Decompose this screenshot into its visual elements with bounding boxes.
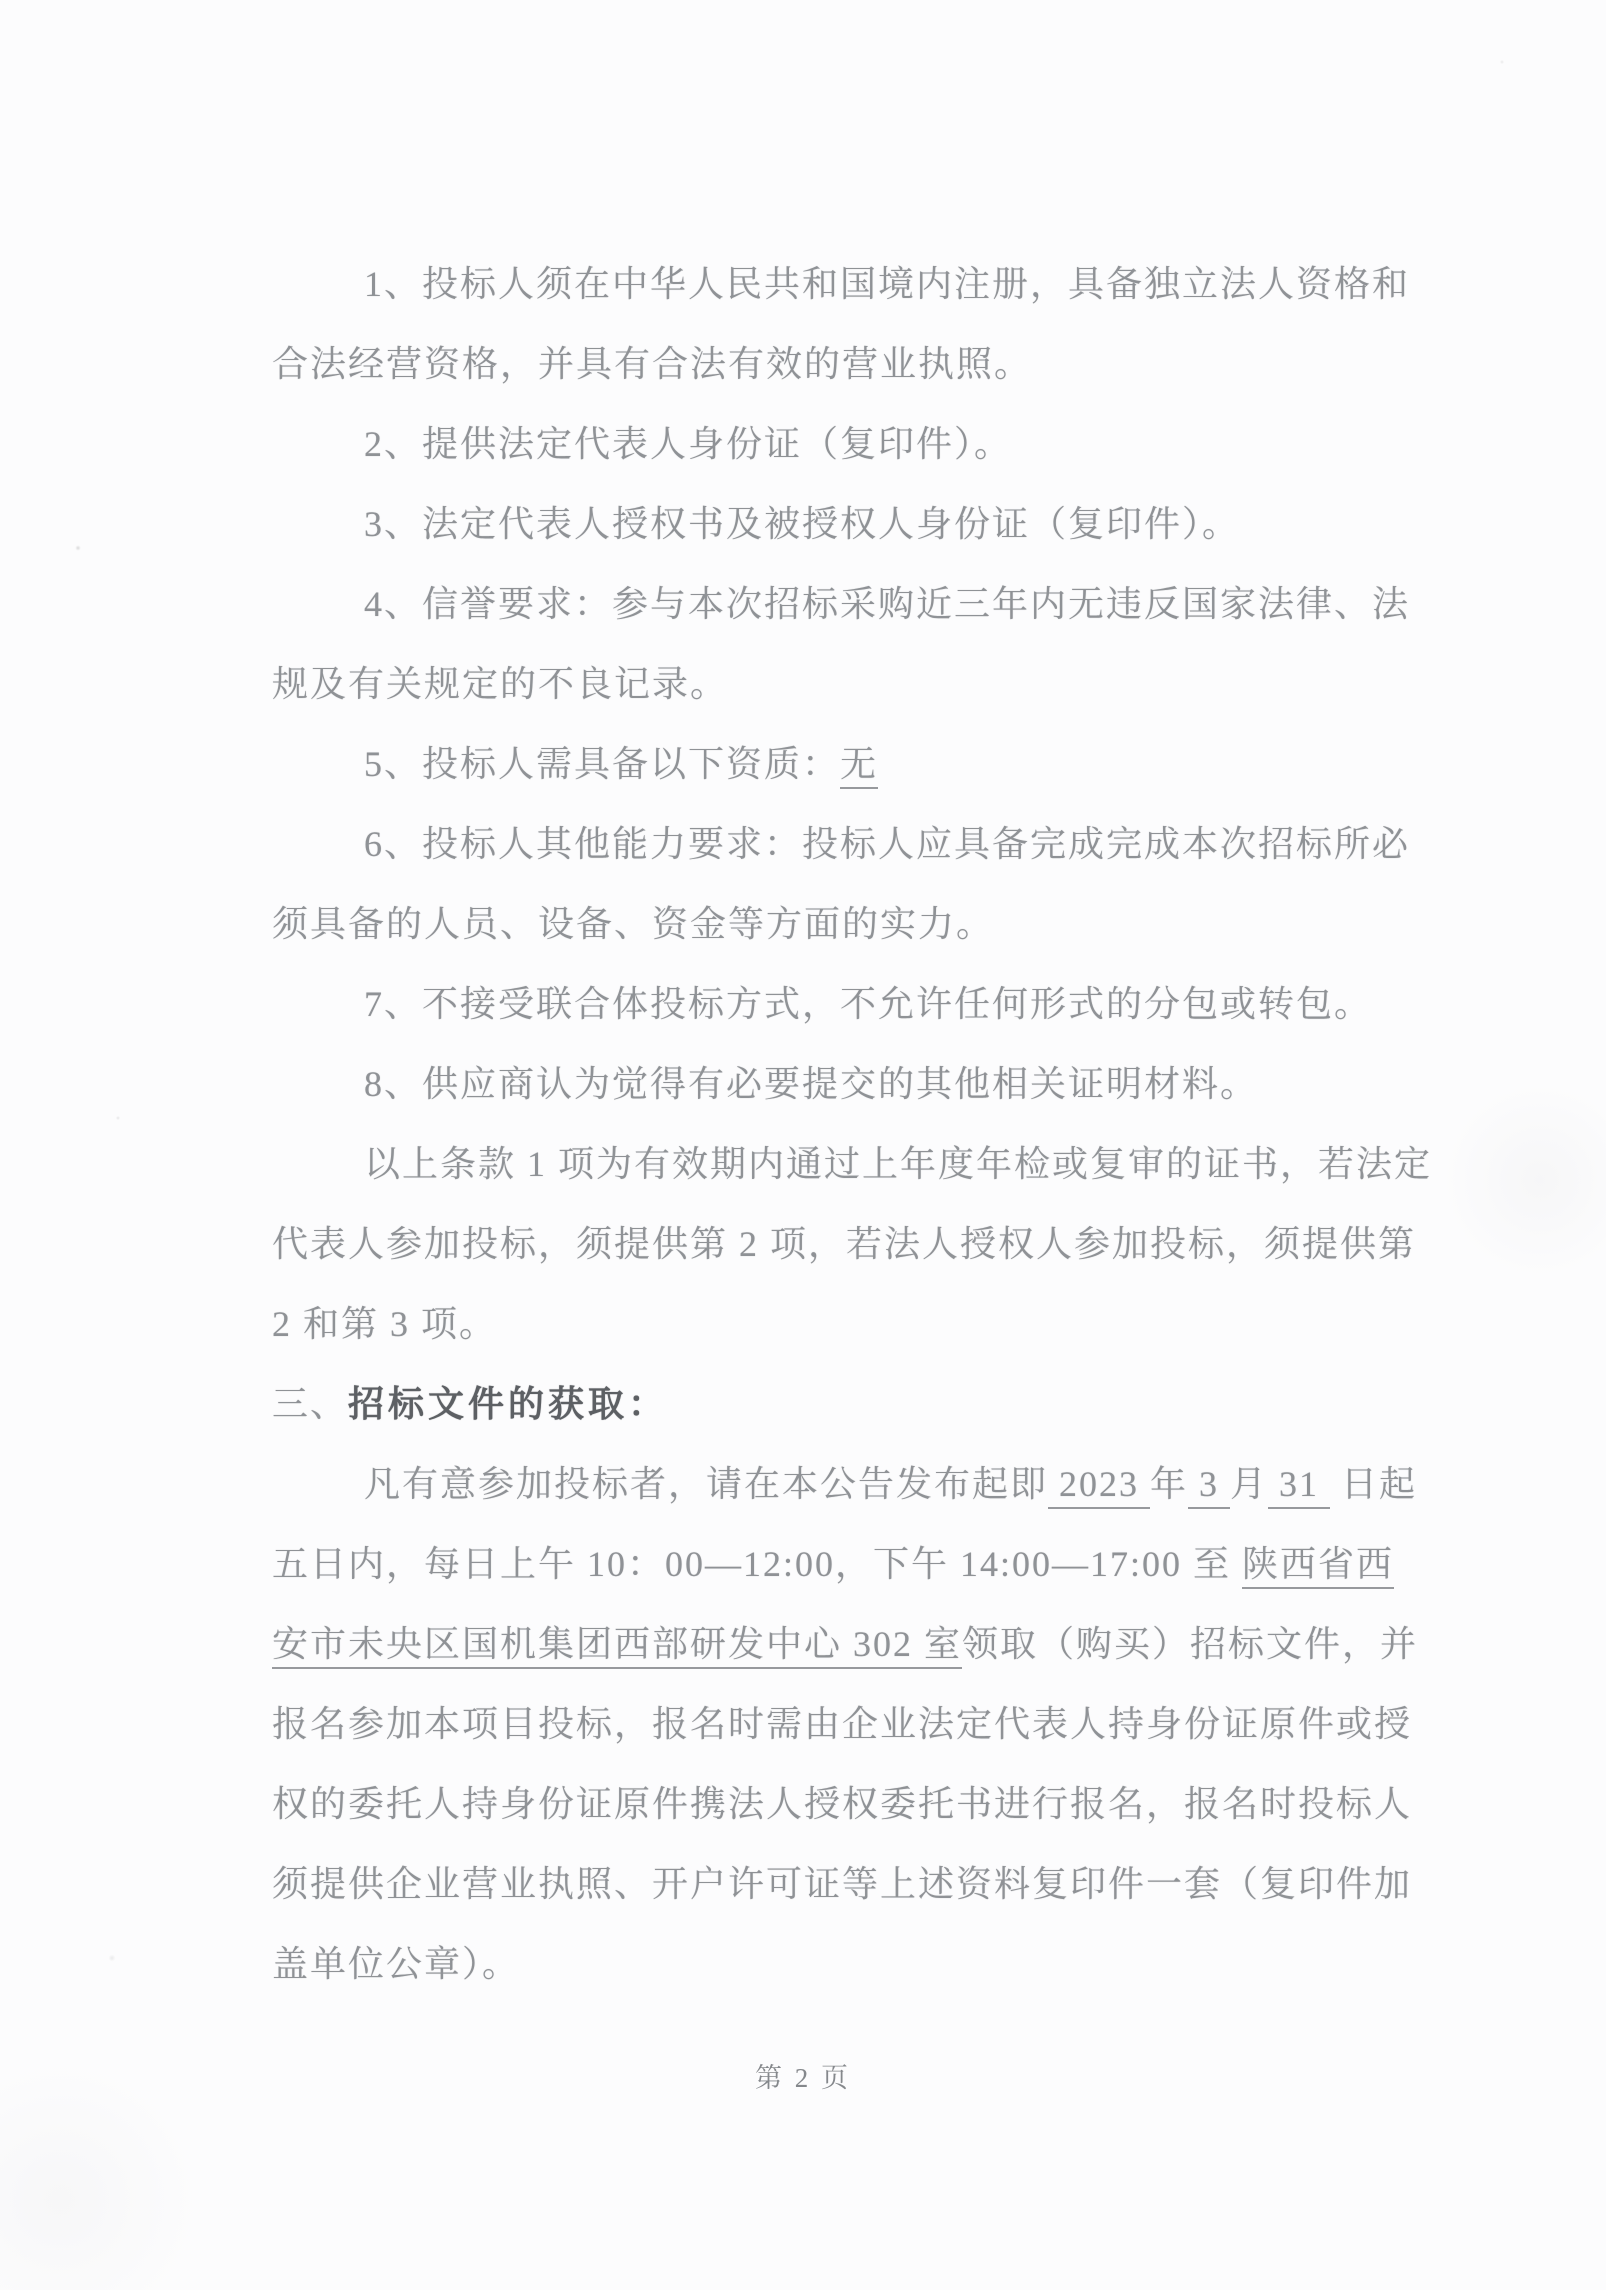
text-run: 合法经营资格，并具有合法有效的营业执照。	[272, 344, 1032, 384]
text-run: 须提供企业营业执照、开户许可证等上述资料复印件一套（复印件加	[272, 1864, 1412, 1904]
text-run: 领取（购买）招标文件，并	[962, 1624, 1418, 1664]
text-run: 7、不接受联合体投标方式，不允许任何形式的分包或转包。	[364, 984, 1372, 1024]
text-line: 4、信誉要求：参与本次招标采购近三年内无违反国家法律、法	[272, 564, 1452, 644]
text-run: 3、法定代表人授权书及被授权人身份证（复印件）。	[364, 504, 1240, 544]
text-run: 凡有意参加投标者，请在本公告发布起即	[364, 1464, 1048, 1504]
text-line: 合法经营资格，并具有合法有效的营业执照。	[272, 324, 1452, 404]
section-heading: 三、招标文件的获取：	[272, 1364, 1452, 1444]
text-line: 凡有意参加投标者，请在本公告发布起即 2023 年 3 月 31 日起	[272, 1444, 1452, 1524]
underlined-text: 安市未央区国机集团西部研发中心 302 室	[272, 1624, 962, 1669]
text-run: 4、信誉要求：参与本次招标采购近三年内无违反国家法律、法	[364, 584, 1410, 624]
text-run: 2、提供法定代表人身份证（复印件）。	[364, 424, 1012, 464]
text-line: 安市未央区国机集团西部研发中心 302 室领取（购买）招标文件，并	[272, 1604, 1452, 1684]
text-line: 6、投标人其他能力要求：投标人应具备完成完成本次招标所必	[272, 804, 1452, 884]
text-line: 3、法定代表人授权书及被授权人身份证（复印件）。	[272, 484, 1452, 564]
document-body: 1、投标人须在中华人民共和国境内注册，具备独立法人资格和合法经营资格，并具有合法…	[272, 244, 1452, 2004]
text-run: 五日内，每日上午 10：00—12:00，下午 14:00—17:00 至	[272, 1544, 1242, 1584]
text-line: 8、供应商认为觉得有必要提交的其他相关证明材料。	[272, 1044, 1452, 1124]
text-run: 6、投标人其他能力要求：投标人应具备完成完成本次招标所必	[364, 824, 1410, 864]
text-line: 规及有关规定的不良记录。	[272, 644, 1452, 724]
text-run: 1、投标人须在中华人民共和国境内注册，具备独立法人资格和	[364, 264, 1410, 304]
text-run: 盖单位公章）。	[272, 1944, 520, 1984]
text-run: 报名参加本项目投标，报名时需由企业法定代表人持身份证原件或授	[272, 1704, 1412, 1744]
text-line: 2 和第 3 项。	[272, 1284, 1452, 1364]
text-run: 月	[1230, 1464, 1268, 1504]
text-run: 2 和第 3 项。	[272, 1304, 497, 1344]
text-line: 权的委托人持身份证原件携法人授权委托书进行报名，报名时投标人	[272, 1764, 1452, 1844]
text-run: 日起	[1330, 1464, 1417, 1504]
text-run: 以上条款 1 项为有效期内通过上年度年检或复审的证书，若法定	[364, 1144, 1432, 1184]
scanned-document-page: 1、投标人须在中华人民共和国境内注册，具备独立法人资格和合法经营资格，并具有合法…	[0, 0, 1606, 2290]
text-run: 5、投标人需具备以下资质：	[364, 744, 840, 784]
underlined-text: 3	[1188, 1464, 1230, 1509]
underlined-text: 31	[1268, 1464, 1330, 1509]
text-run: 规及有关规定的不良记录。	[272, 664, 728, 704]
underlined-text: 2023	[1048, 1464, 1150, 1509]
text-line: 1、投标人须在中华人民共和国境内注册，具备独立法人资格和	[272, 244, 1452, 324]
text-line: 须具备的人员、设备、资金等方面的实力。	[272, 884, 1452, 964]
text-line: 代表人参加投标，须提供第 2 项，若法人授权人参加投标，须提供第	[272, 1204, 1452, 1284]
text-run: 8、供应商认为觉得有必要提交的其他相关证明材料。	[364, 1064, 1258, 1104]
text-run: 年	[1150, 1464, 1188, 1504]
text-run: 须具备的人员、设备、资金等方面的实力。	[272, 904, 994, 944]
underlined-text: 无	[840, 744, 878, 789]
text-line: 报名参加本项目投标，报名时需由企业法定代表人持身份证原件或授	[272, 1684, 1452, 1764]
text-line: 2、提供法定代表人身份证（复印件）。	[272, 404, 1452, 484]
page-number-footer: 第 2 页	[0, 2058, 1606, 2098]
bold-heading-text: 招标文件的获取：	[348, 1384, 668, 1424]
text-run: 代表人参加投标，须提供第 2 项，若法人授权人参加投标，须提供第	[272, 1224, 1416, 1264]
text-line: 盖单位公章）。	[272, 1924, 1452, 2004]
text-line: 五日内，每日上午 10：00—12:00，下午 14:00—17:00 至 陕西…	[272, 1524, 1452, 1604]
text-run: 三、	[272, 1384, 348, 1424]
text-run: 权的委托人持身份证原件携法人授权委托书进行报名，报名时投标人	[272, 1784, 1412, 1824]
text-line: 5、投标人需具备以下资质：无	[272, 724, 1452, 804]
underlined-text: 陕西省西	[1242, 1544, 1394, 1589]
text-line: 须提供企业营业执照、开户许可证等上述资料复印件一套（复印件加	[272, 1844, 1452, 1924]
text-line: 7、不接受联合体投标方式，不允许任何形式的分包或转包。	[272, 964, 1452, 1044]
text-line: 以上条款 1 项为有效期内通过上年度年检或复审的证书，若法定	[272, 1124, 1452, 1204]
